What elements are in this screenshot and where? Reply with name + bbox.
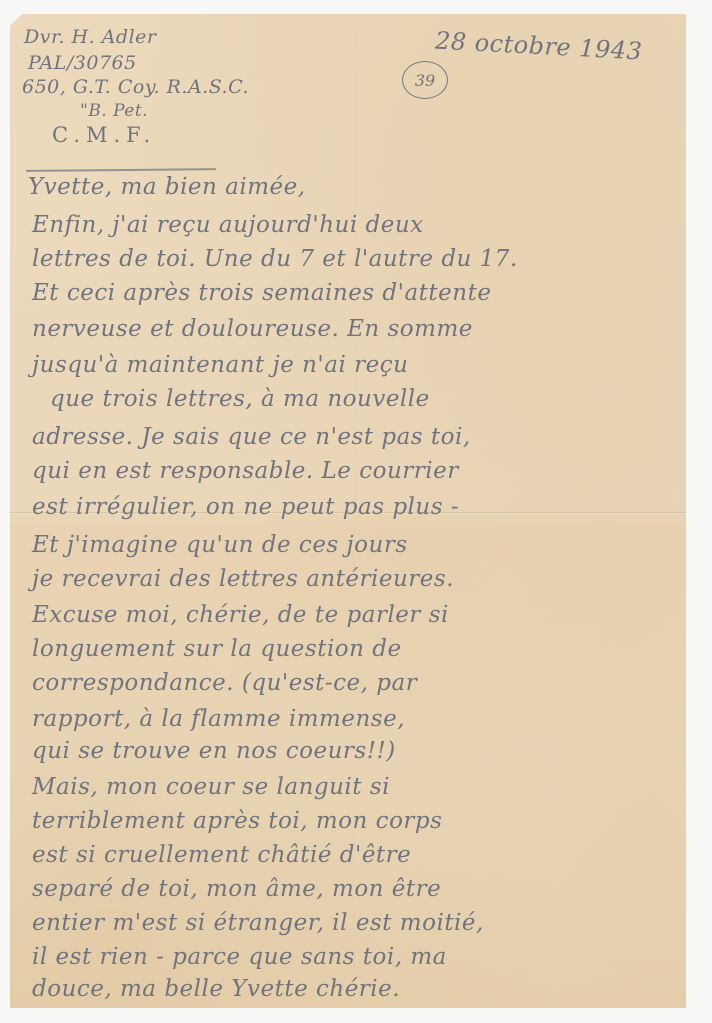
body-line: Enfin, j'ai reçu aujourd'hui deux — [32, 212, 424, 238]
salutation: Yvette, ma bien aimée, — [28, 174, 306, 200]
address-line: Dvr. H. Adler — [24, 26, 156, 48]
address-line: PAL/30765 — [28, 52, 137, 74]
body-line: Et ceci après trois semaines d'attente — [32, 280, 491, 306]
letter-date: 28 octobre 1943 — [434, 27, 643, 66]
body-line: rapport, à la flamme immense, — [32, 706, 405, 732]
body-line: douce, ma belle Yvette chérie. — [32, 976, 400, 1002]
letter-page: Dvr. H. Adler PAL/30765 650, G.T. Coy. R… — [10, 14, 686, 1008]
body-line: correspondance. (qu'est-ce, par — [32, 670, 417, 696]
body-line: entier m'est si étranger, il est moitié, — [32, 910, 484, 936]
page-number-text: 39 — [415, 71, 435, 90]
circled-page-number: 39 — [402, 61, 448, 99]
address-line: C.M.F. — [52, 124, 156, 146]
body-line: longuement sur la question de — [32, 636, 402, 662]
body-line: est irrégulier, on ne peut pas plus - — [32, 494, 459, 520]
body-line: je recevrai des lettres antérieures. — [32, 566, 454, 592]
body-line: qui se trouve en nos coeurs!!) — [32, 738, 396, 764]
body-line: Excuse moi, chérie, de te parler si — [32, 602, 449, 628]
body-line: Et j'imagine qu'un de ces jours — [32, 532, 408, 558]
body-line: separé de toi, mon âme, mon être — [32, 876, 441, 902]
body-line: lettres de toi. Une du 7 et l'autre du 1… — [32, 246, 518, 272]
address-line: 650, G.T. Coy. R.A.S.C. — [22, 76, 249, 98]
body-line: est si cruellement châtié d'être — [32, 842, 411, 868]
body-line: terriblement après toi, mon corps — [32, 808, 442, 834]
body-line: Mais, mon coeur se languit si — [32, 774, 390, 800]
address-line: "B. Pet. — [80, 100, 148, 122]
body-line: il est rien - parce que sans toi, ma — [32, 944, 447, 970]
body-line: jusqu'à maintenant je n'ai reçu — [32, 352, 408, 378]
address-underline-divider — [26, 168, 216, 172]
body-line: que trois lettres, à ma nouvelle — [50, 386, 430, 412]
body-line: adresse. Je sais que ce n'est pas toi, — [32, 424, 471, 450]
body-line: nerveuse et douloureuse. En somme — [32, 316, 473, 342]
body-line: qui en est responsable. Le courrier — [32, 458, 459, 484]
